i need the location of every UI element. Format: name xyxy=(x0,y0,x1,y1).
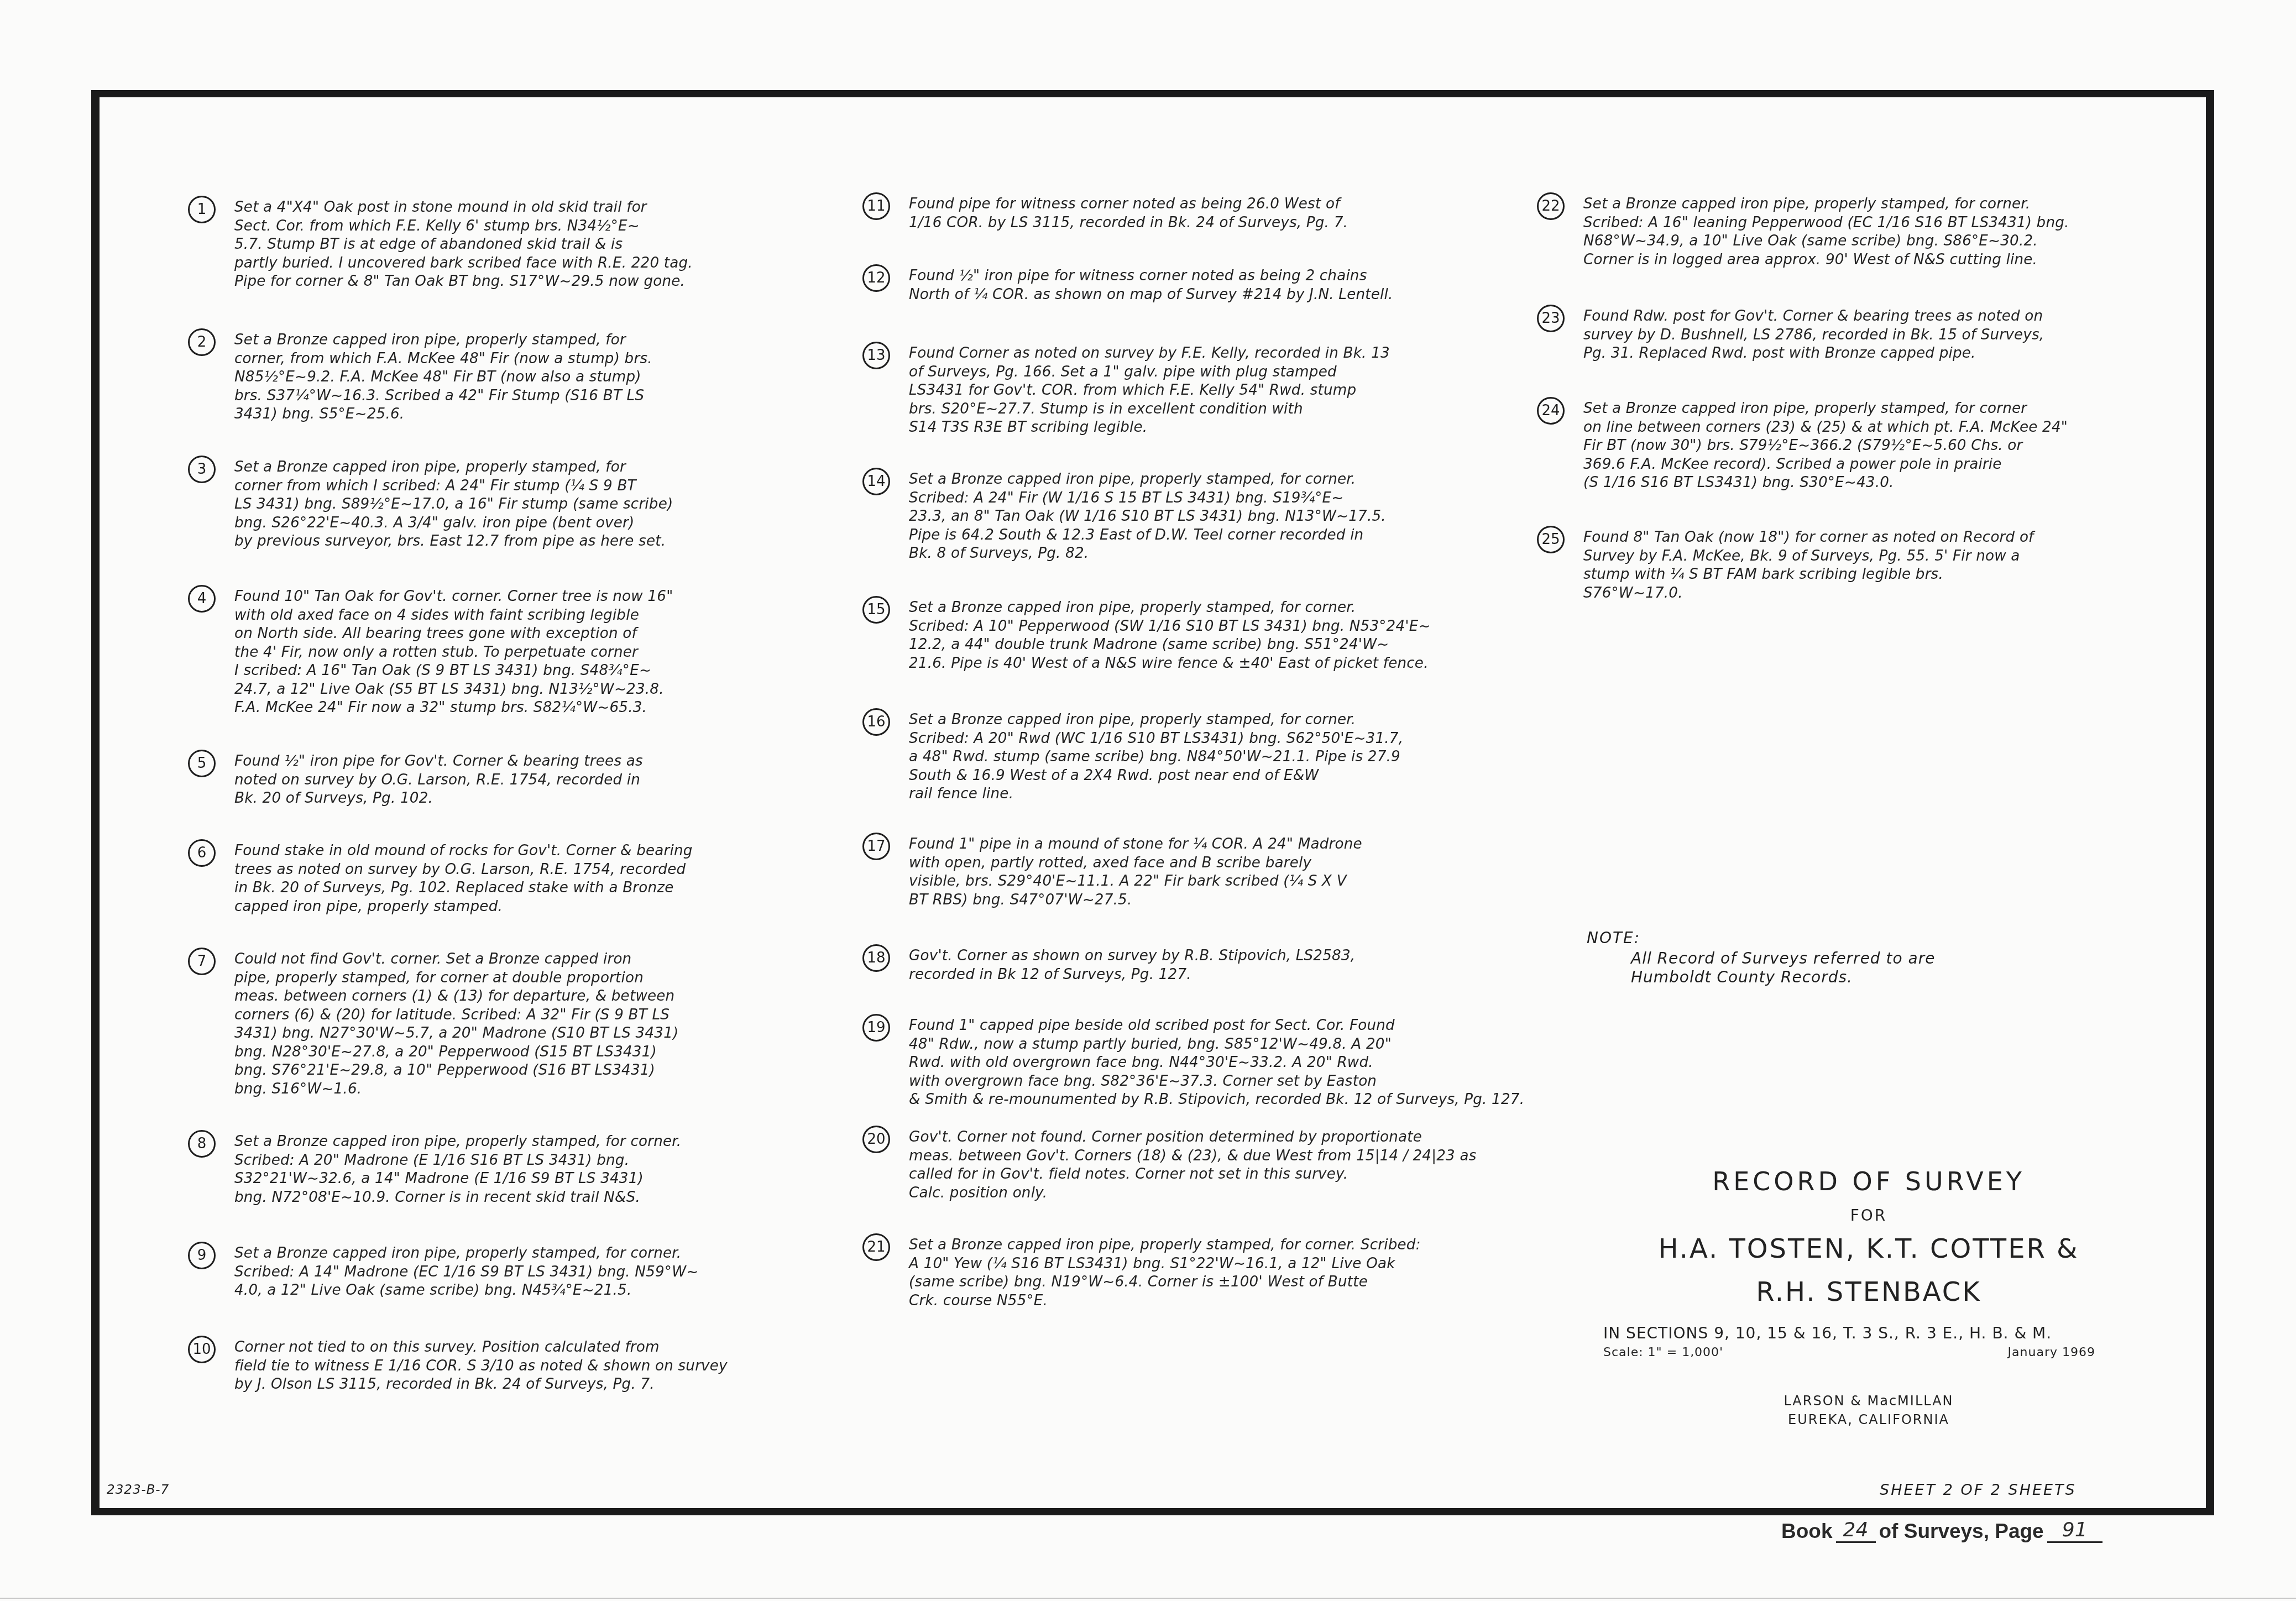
firm-location: EUREKA, CALIFORNIA xyxy=(1620,1410,2117,1429)
note-text: Set a Bronze capped iron pipe, properly … xyxy=(1583,195,2069,269)
paper-edge xyxy=(0,1598,2296,1599)
firm-info: LARSON & MacMILLAN EUREKA, CALIFORNIA xyxy=(1620,1391,2117,1429)
survey-note-2: 2 Set a Bronze capped iron pipe, properl… xyxy=(188,331,665,423)
note-number-circle: 14 xyxy=(862,468,890,495)
scale-label: Scale: 1" = 1,000' xyxy=(1603,1346,1723,1359)
general-note: NOTE: All Record of Surveys referred to … xyxy=(1587,929,1935,987)
book-number-field: 24 xyxy=(1836,1519,1876,1543)
note-number-circle: 10 xyxy=(188,1336,216,1363)
survey-note-22: 22 Set a Bronze capped iron pipe, proper… xyxy=(1537,195,2084,269)
title-block: RECORD OF SURVEY FOR H.A. TOSTEN, K.T. C… xyxy=(1620,1166,2117,1429)
note-text: Gov't. Corner not found. Corner position… xyxy=(909,1128,1477,1202)
survey-note-23: 23 Found Rdw. post for Gov't. Corner & b… xyxy=(1537,307,2058,363)
note-text: Could not find Gov't. corner. Set a Bron… xyxy=(234,950,678,1098)
note-number-circle: 18 xyxy=(862,944,890,972)
note-number-circle: 25 xyxy=(1537,526,1565,553)
note-text: Found 10" Tan Oak for Gov't. corner. Cor… xyxy=(234,587,673,717)
note-text: Set a Bronze capped iron pipe, properly … xyxy=(234,1244,698,1300)
note-number-circle: 17 xyxy=(862,833,890,860)
note-text: Set a Bronze capped iron pipe, properly … xyxy=(1583,399,2068,492)
survey-note-1: 1 Set a 4"X4" Oak post in stone mound in… xyxy=(188,198,707,291)
note-number-circle: 13 xyxy=(862,342,890,369)
date-label: January 1969 xyxy=(2008,1346,2095,1359)
note-text: Found 1" pipe in a mound of stone for ¼ … xyxy=(909,835,1362,909)
survey-note-25: 25 Found 8" Tan Oak (now 18") for corner… xyxy=(1537,528,2048,602)
survey-note-3: 3 Set a Bronze capped iron pipe, properl… xyxy=(188,458,687,551)
sections-description: IN SECTIONS 9, 10, 15 & 16, T. 3 S., R. … xyxy=(1603,1324,2117,1342)
note-number-circle: 24 xyxy=(1537,397,1565,425)
note-text: Found Rdw. post for Gov't. Corner & bear… xyxy=(1583,307,2044,363)
note-number-circle: 15 xyxy=(862,596,890,624)
client-names-line-1: H.A. TOSTEN, K.T. COTTER & xyxy=(1620,1233,2117,1264)
note-text: Set a Bronze capped iron pipe, properly … xyxy=(909,470,1386,563)
note-number-circle: 6 xyxy=(188,839,216,867)
note-number-circle: 7 xyxy=(188,948,216,975)
firm-name: LARSON & MacMILLAN xyxy=(1620,1391,2117,1410)
note-number-circle: 1 xyxy=(188,196,216,223)
note-text: Set a Bronze capped iron pipe, properly … xyxy=(234,1132,681,1206)
survey-note-18: 18 Gov't. Corner as shown on survey by R… xyxy=(862,946,1369,983)
note-text: Found Corner as noted on survey by F.E. … xyxy=(909,344,1390,437)
survey-note-17: 17 Found 1" pipe in a mound of stone for… xyxy=(862,835,1376,909)
survey-note-9: 9 Set a Bronze capped iron pipe, properl… xyxy=(188,1244,713,1300)
drawing-number: 2323-B-7 xyxy=(107,1483,169,1497)
note-number-circle: 19 xyxy=(862,1014,890,1042)
document-title: RECORD OF SURVEY xyxy=(1620,1166,2117,1196)
survey-note-12: 12 Found ½" iron pipe for witness corner… xyxy=(862,266,1408,304)
recording-reference: Book 24 of Surveys, Page 91 xyxy=(1781,1519,2106,1543)
note-number-circle: 11 xyxy=(862,192,890,220)
survey-note-11: 11 Found pipe for witness corner noted a… xyxy=(862,195,1362,232)
note-number-circle: 4 xyxy=(188,585,216,613)
note-text: Found stake in old mound of rocks for Go… xyxy=(234,841,693,915)
note-text: Found 1" capped pipe beside old scribed … xyxy=(909,1016,1524,1109)
survey-note-21: 21 Set a Bronze capped iron pipe, proper… xyxy=(862,1236,1436,1310)
note-text: Set a Bronze capped iron pipe, properly … xyxy=(234,331,652,423)
note-text: Found pipe for witness corner noted as b… xyxy=(909,195,1348,232)
note-body: All Record of Surveys referred to are Hu… xyxy=(1631,949,1935,987)
note-number-circle: 12 xyxy=(862,264,890,292)
note-text: Set a Bronze capped iron pipe, properly … xyxy=(234,458,673,551)
sheet-number: SHEET 2 OF 2 SHEETS xyxy=(1880,1482,2077,1499)
title-for: FOR xyxy=(1620,1206,2117,1225)
note-text: Set a 4"X4" Oak post in stone mound in o… xyxy=(234,198,693,291)
note-text: Gov't. Corner as shown on survey by R.B.… xyxy=(909,946,1355,983)
note-number-circle: 21 xyxy=(862,1233,890,1261)
survey-note-10: 10 Corner not tied to on this survey. Po… xyxy=(188,1338,742,1394)
survey-note-15: 15 Set a Bronze capped iron pipe, proper… xyxy=(862,598,1447,672)
surveys-page-label: of Surveys, Page xyxy=(1879,1520,2044,1543)
note-text: Set a Bronze capped iron pipe, properly … xyxy=(909,598,1431,672)
survey-note-13: 13 Found Corner as noted on survey by F.… xyxy=(862,344,1405,437)
survey-note-4: 4 Found 10" Tan Oak for Gov't. corner. C… xyxy=(188,587,687,717)
note-text: Set a Bronze capped iron pipe, properly … xyxy=(909,710,1403,803)
survey-note-16: 16 Set a Bronze capped iron pipe, proper… xyxy=(862,710,1419,803)
note-heading: NOTE: xyxy=(1587,929,1935,947)
page-number-field: 91 xyxy=(2047,1519,2103,1543)
survey-note-24: 24 Set a Bronze capped iron pipe, proper… xyxy=(1537,399,2083,492)
survey-note-7: 7 Could not find Gov't. corner. Set a Br… xyxy=(188,950,692,1098)
note-text: Corner not tied to on this survey. Posit… xyxy=(234,1338,728,1394)
client-names-line-2: R.H. STENBACK xyxy=(1620,1276,2117,1307)
note-number-circle: 20 xyxy=(862,1126,890,1153)
note-text: Set a Bronze capped iron pipe, properly … xyxy=(909,1236,1421,1310)
note-number-circle: 9 xyxy=(188,1242,216,1269)
note-number-circle: 23 xyxy=(1537,305,1565,332)
survey-note-19: 19 Found 1" capped pipe beside old scrib… xyxy=(862,1016,1544,1109)
note-number-circle: 16 xyxy=(862,708,890,736)
survey-note-14: 14 Set a Bronze capped iron pipe, proper… xyxy=(862,470,1401,563)
survey-note-20: 20 Gov't. Corner not found. Corner posit… xyxy=(862,1128,1494,1202)
note-number-circle: 8 xyxy=(188,1130,216,1158)
book-label: Book xyxy=(1781,1520,1833,1543)
survey-note-8: 8 Set a Bronze capped iron pipe, properl… xyxy=(188,1132,695,1206)
note-text: Found ½" iron pipe for witness corner no… xyxy=(909,266,1393,304)
note-text: Found 8" Tan Oak (now 18") for corner as… xyxy=(1583,528,2034,602)
note-text: Found ½" iron pipe for Gov't. Corner & b… xyxy=(234,752,643,808)
survey-note-6: 6 Found stake in old mound of rocks for … xyxy=(188,841,707,915)
note-number-circle: 3 xyxy=(188,456,216,483)
note-number-circle: 2 xyxy=(188,328,216,356)
scale-date-row: Scale: 1" = 1,000' January 1969 xyxy=(1603,1346,2095,1359)
survey-note-5: 5 Found ½" iron pipe for Gov't. Corner &… xyxy=(188,752,656,808)
note-number-circle: 5 xyxy=(188,750,216,777)
note-number-circle: 22 xyxy=(1537,192,1565,220)
